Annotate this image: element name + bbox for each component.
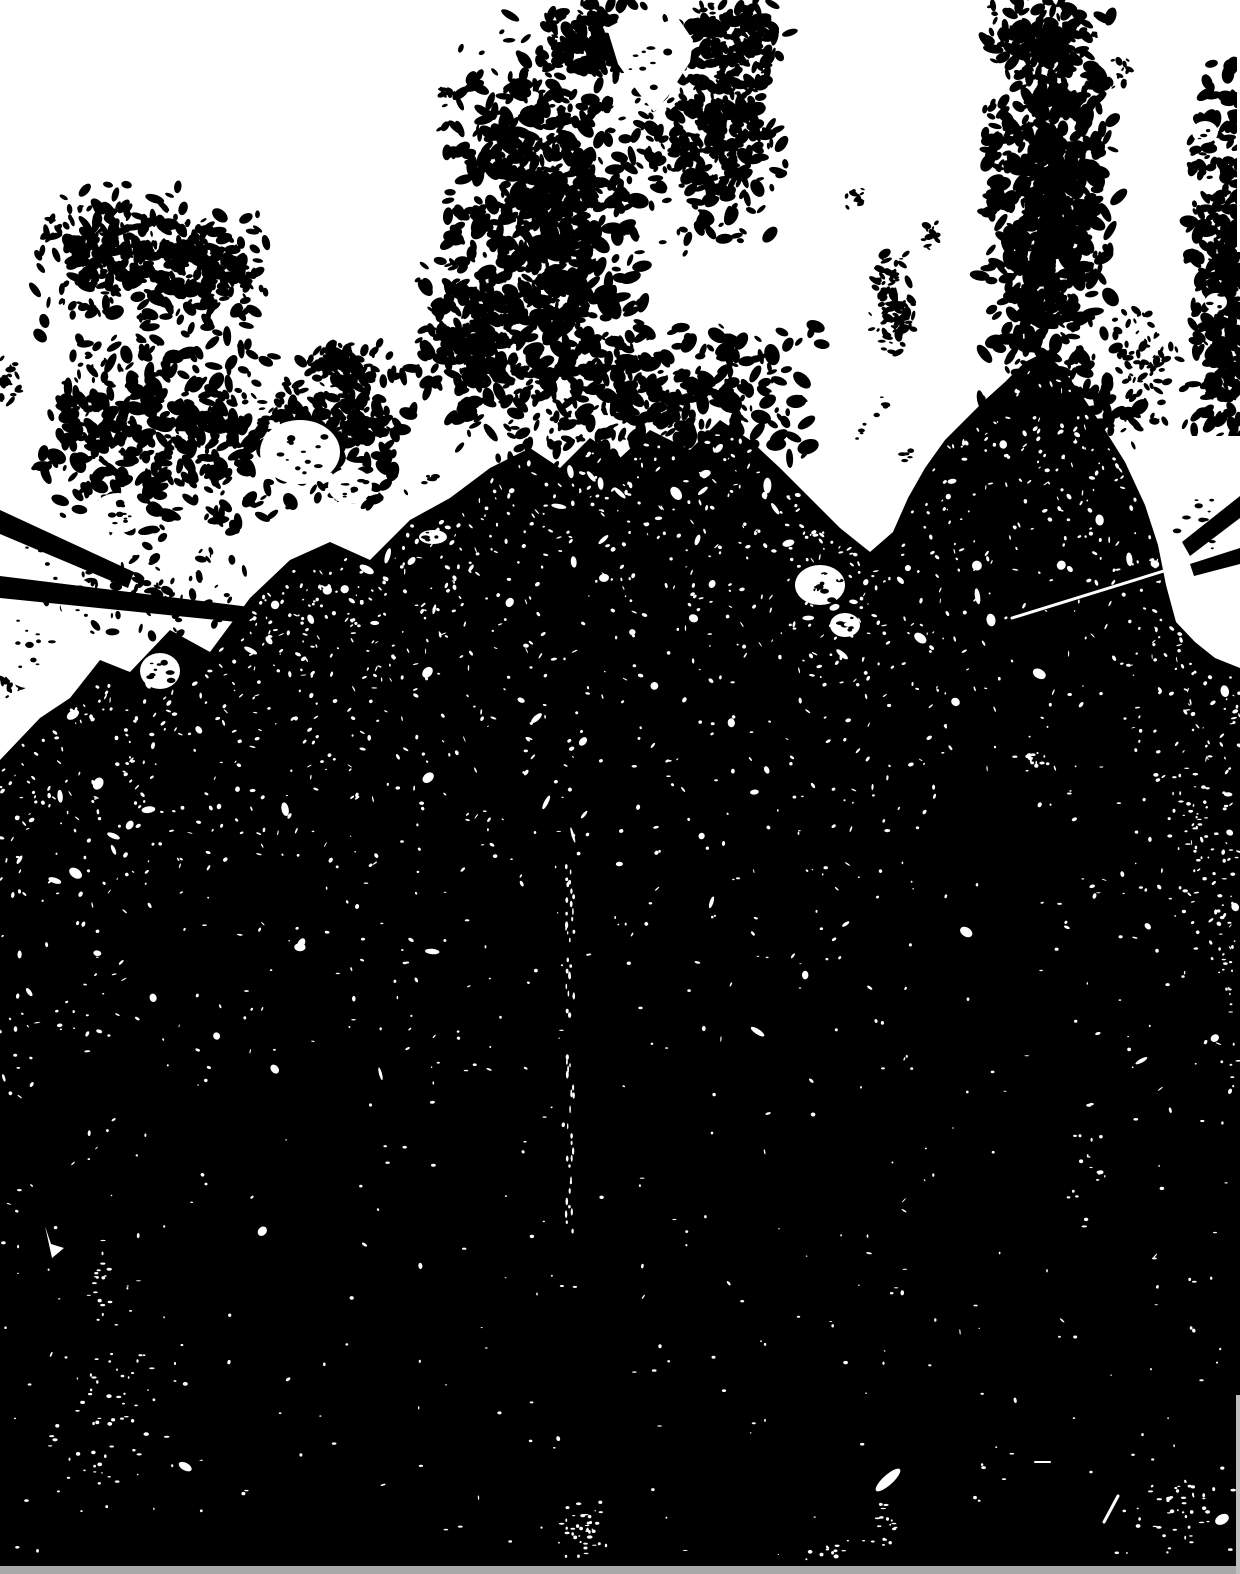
photo-canvas <box>0 0 1240 1574</box>
binarized-forest-photo <box>0 0 1240 1574</box>
